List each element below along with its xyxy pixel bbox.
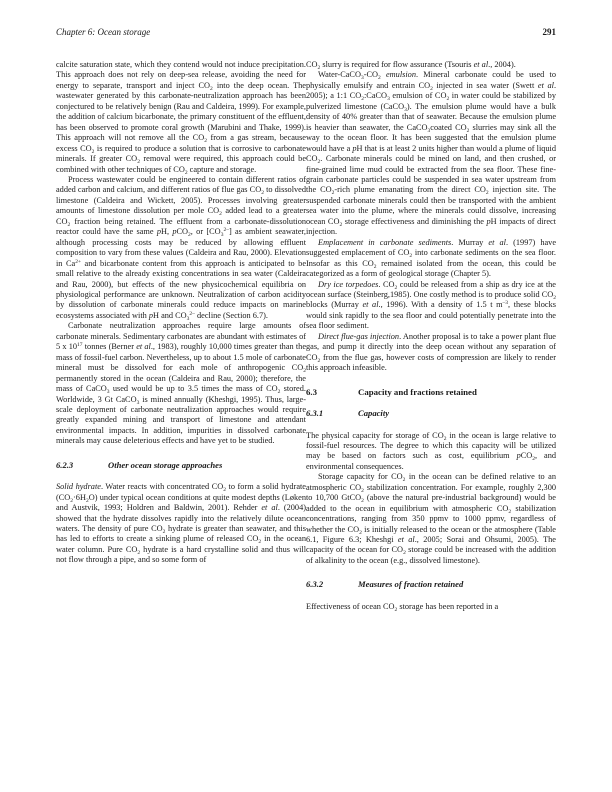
paragraph: calcite saturation state, which they con… — [56, 60, 306, 175]
section-heading-6-2-3: 6.2.3Other ocean storage approaches — [56, 460, 306, 470]
paragraph: Storage capacity for CO2 in the ocean ca… — [306, 472, 556, 566]
chapter-title: Chapter 6: Ocean storage — [56, 27, 150, 37]
left-column: calcite saturation state, which they con… — [56, 60, 306, 566]
right-column: CO2 slurry is required for flow assuranc… — [306, 60, 556, 612]
paragraph: Carbonate neutralization approaches requ… — [56, 321, 306, 446]
page-header: Chapter 6: Ocean storage 291 — [56, 27, 556, 41]
paragraph: CO2 slurry is required for flow assuranc… — [306, 60, 556, 70]
paragraph: Water-CaCO3-CO2 emulsion. Mineral carbon… — [306, 70, 556, 237]
paragraph: Effectiveness of ocean CO2 storage has b… — [306, 602, 556, 612]
page-number: 291 — [543, 27, 557, 37]
paragraph: Solid hydrate. Water reacts with concent… — [56, 482, 306, 566]
paragraph: Direct flue-gas injection. Another propo… — [306, 332, 556, 374]
paragraph: Process wastewater could be engineered t… — [56, 175, 306, 321]
section-heading-6-3-1: 6.3.1Capacity — [306, 408, 556, 418]
section-heading-6-3: 6.3Capacity and fractions retained — [306, 387, 556, 397]
paragraph: Dry ice torpedoes. CO2 could be released… — [306, 280, 556, 332]
paragraph: Emplacement in carbonate sediments. Murr… — [306, 238, 556, 280]
paragraph: The physical capacity for storage of CO2… — [306, 431, 556, 473]
section-heading-6-3-2: 6.3.2Measures of fraction retained — [306, 579, 556, 589]
